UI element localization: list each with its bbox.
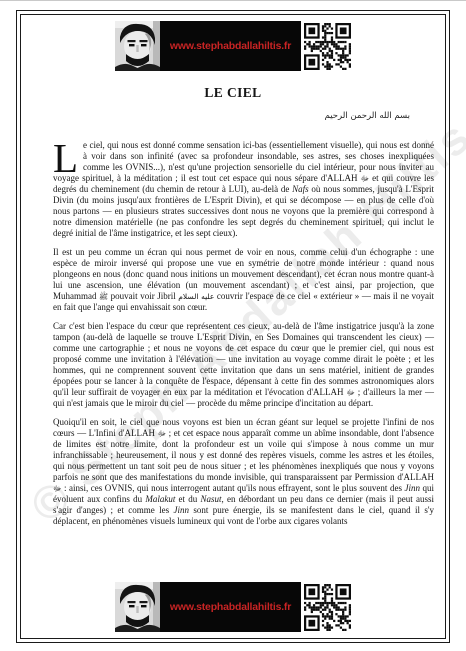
qr-code bbox=[303, 582, 351, 632]
header-banner: www.stephabdallahiltis.fr bbox=[115, 21, 351, 71]
arabic-honorific: ﷻ bbox=[361, 174, 369, 183]
window-top-edge bbox=[0, 0, 466, 1]
qr-code bbox=[303, 21, 351, 71]
portrait-photo bbox=[115, 582, 160, 632]
italic-term: Malakut bbox=[145, 494, 175, 504]
arabic-honorific: ﷻ bbox=[346, 388, 354, 397]
italic-term: Jinn bbox=[174, 505, 190, 515]
arabic-honorific: ﷺ bbox=[99, 292, 108, 301]
text-run: : ainsi, ces OVNIS, qui nous interrogent… bbox=[61, 483, 404, 493]
article-body: Le ciel, qui nous est donné comme sensat… bbox=[53, 140, 434, 527]
paragraph: Car c'est bien l'espace du cœur que repr… bbox=[53, 321, 434, 409]
arabic-honorific: ﷻ bbox=[158, 429, 166, 438]
drop-cap: L bbox=[53, 140, 83, 173]
document-page: { "page": { "title": "LE CIEL", "bismill… bbox=[0, 0, 466, 651]
page-title: LE CIEL bbox=[0, 85, 466, 101]
footer-banner: www.stephabdallahiltis.fr bbox=[115, 582, 351, 632]
text-run: pouvait voir Jibril bbox=[108, 291, 178, 301]
portrait-photo bbox=[115, 21, 160, 71]
bismillah-text: بسم الله الرحمن الرحيم bbox=[325, 111, 410, 121]
website-banner: www.stephabdallahiltis.fr bbox=[160, 582, 301, 632]
paragraph: Le ciel, qui nous est donné comme sensat… bbox=[53, 140, 434, 239]
italic-term: Nafs bbox=[292, 184, 309, 194]
italic-term: Nasut bbox=[200, 494, 221, 504]
paragraph: Quoiqu'il en soit, le ciel que nous voyo… bbox=[53, 417, 434, 527]
website-url[interactable]: www.stephabdallahiltis.fr bbox=[170, 601, 291, 613]
arabic-honorific: عليه السلام bbox=[178, 292, 214, 301]
website-url[interactable]: www.stephabdallahiltis.fr bbox=[170, 40, 291, 52]
website-banner: www.stephabdallahiltis.fr bbox=[160, 21, 301, 71]
text-run: et du bbox=[175, 494, 200, 504]
italic-term: Jinn bbox=[404, 483, 420, 493]
paragraph: Il est un peu comme un écran qui nous pe… bbox=[53, 247, 434, 313]
text-run: Car c'est bien l'espace du cœur que repr… bbox=[53, 321, 434, 397]
